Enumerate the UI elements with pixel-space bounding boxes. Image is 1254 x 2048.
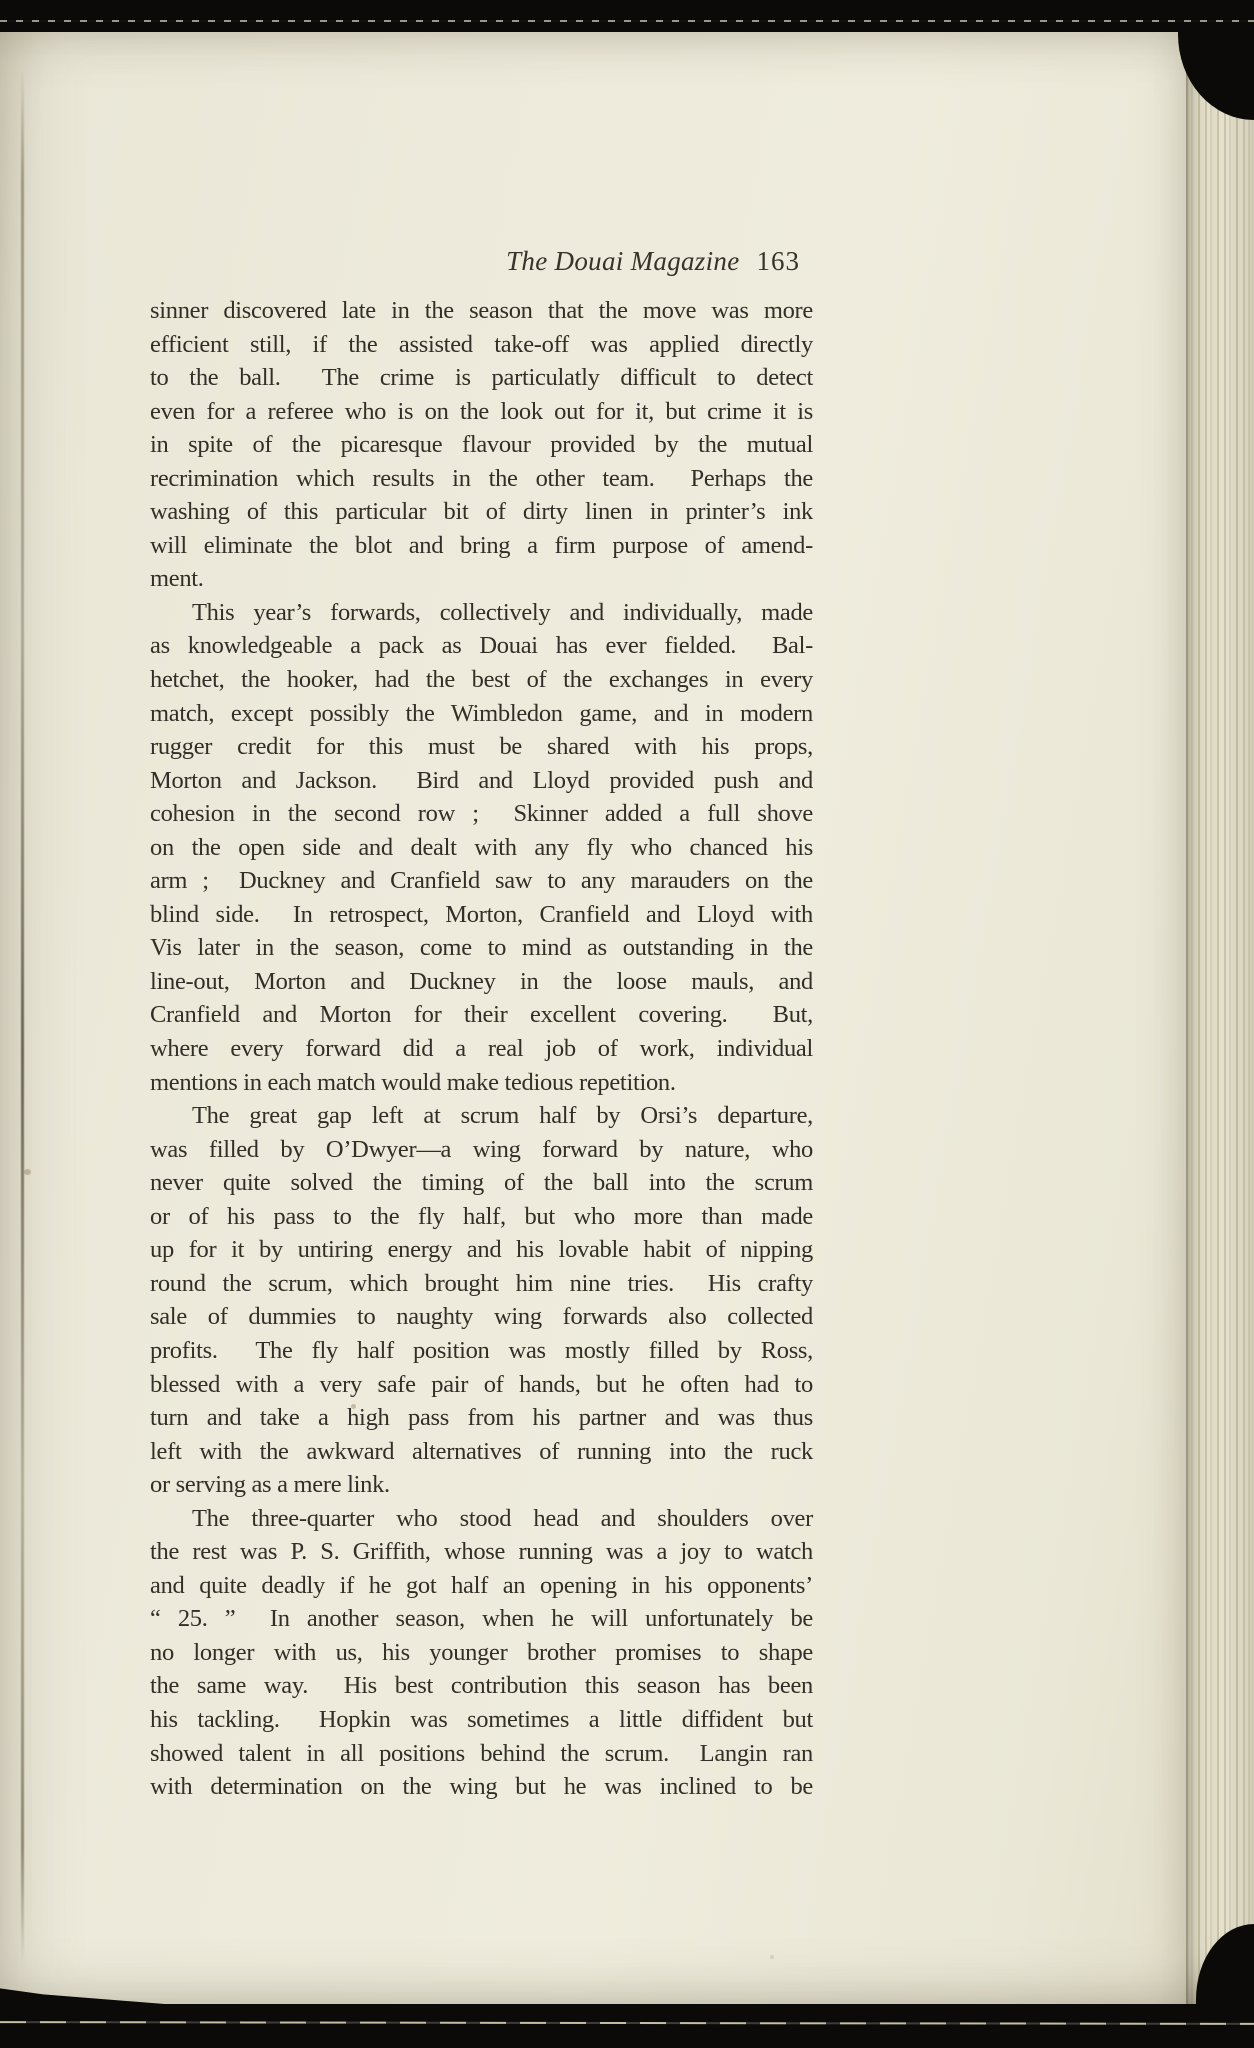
page-stack-fore-edge bbox=[1186, 30, 1254, 2006]
text-line: left with the awkward alternatives of ru… bbox=[150, 1435, 813, 1469]
text-line: on the open side and dealt with any fly … bbox=[150, 831, 813, 865]
text-line: blessed with a very safe pair of hands, … bbox=[150, 1368, 813, 1402]
text-line: and quite deadly if he got half an openi… bbox=[150, 1569, 813, 1603]
text-line: to the ball. The crime is particulatly d… bbox=[150, 361, 813, 395]
text-line: The great gap left at scrum half by Orsi… bbox=[150, 1099, 813, 1133]
text-line: with determination on the wing but he wa… bbox=[150, 1770, 813, 1804]
text-line: profits. The fly half position was mostl… bbox=[150, 1334, 813, 1368]
text-line: sale of dummies to naughty wing forwards… bbox=[150, 1300, 813, 1334]
text-line: turn and take a high pass from his partn… bbox=[150, 1401, 813, 1435]
text-line: line-out, Morton and Duckney in the loos… bbox=[150, 965, 813, 999]
page-number: 163 bbox=[757, 246, 801, 277]
text-line: This year’s forwards, collectively and i… bbox=[150, 596, 813, 630]
text-line: “ 25. ” In another season, when he will … bbox=[150, 1602, 813, 1636]
text-line: washing of this particular bit of dirty … bbox=[150, 495, 813, 529]
text-line: the same way. His best contribution this… bbox=[150, 1669, 813, 1703]
text-line: up for it by untiring energy and his lov… bbox=[150, 1233, 813, 1267]
body-text: sinner discovered late in the season tha… bbox=[150, 294, 813, 1804]
book-cover-top-edge bbox=[0, 0, 1254, 32]
cover-stitch-line bbox=[0, 2021, 1254, 2025]
text-line: sinner discovered late in the season tha… bbox=[150, 294, 813, 328]
text-line: never quite solved the timing of the bal… bbox=[150, 1166, 813, 1200]
journal-title: The Douai Magazine bbox=[506, 246, 739, 276]
text-line: arm ; Duckney and Cranfield saw to any m… bbox=[150, 864, 813, 898]
text-line: will eliminate the blot and bring a firm… bbox=[150, 529, 813, 563]
cover-edge-highlight bbox=[0, 20, 1254, 22]
text-line: blind side. In retrospect, Morton, Cranf… bbox=[150, 898, 813, 932]
text-line: Cranfield and Morton for their excellent… bbox=[150, 998, 813, 1032]
text-line: hetchet, the hooker, had the best of the… bbox=[150, 663, 813, 697]
text-line: or of his pass to the fly half, but who … bbox=[150, 1200, 813, 1234]
text-line: Vis later in the season, come to mind as… bbox=[150, 931, 813, 965]
text-line: efficient still, if the assisted take-of… bbox=[150, 328, 813, 362]
paper-speck bbox=[351, 1404, 356, 1409]
text-line: his tackling. Hopkin was sometimes a lit… bbox=[150, 1703, 813, 1737]
text-line: rugger credit for this must be shared wi… bbox=[150, 730, 813, 764]
text-line: in spite of the picaresque flavour provi… bbox=[150, 428, 813, 462]
book-cover-bottom-edge bbox=[0, 2004, 1254, 2048]
text-line: ment. bbox=[150, 562, 813, 596]
text-line: round the scrum, which brought him nine … bbox=[150, 1267, 813, 1301]
gutter-crease bbox=[21, 70, 24, 1960]
text-line: cohesion in the second row ; Skinner add… bbox=[150, 797, 813, 831]
paper-speck bbox=[770, 1955, 774, 1959]
text-line: The three-quarter who stood head and sho… bbox=[150, 1502, 813, 1536]
text-line: no longer with us, his younger brother p… bbox=[150, 1636, 813, 1670]
text-line: as knowledgeable a pack as Douai has eve… bbox=[150, 629, 813, 663]
text-line: Morton and Jackson. Bird and Lloyd provi… bbox=[150, 764, 813, 798]
text-line: even for a referee who is on the look ou… bbox=[150, 395, 813, 429]
text-line: mentions in each match would make tediou… bbox=[150, 1066, 813, 1100]
text-line: where every forward did a real job of wo… bbox=[150, 1032, 813, 1066]
text-line: showed talent in all positions behind th… bbox=[150, 1737, 813, 1771]
scanned-book-photo: The Douai Magazine163 sinner discovered … bbox=[0, 0, 1254, 2048]
text-line: recrimination which results in the other… bbox=[150, 462, 813, 496]
paper-speck bbox=[24, 1169, 31, 1175]
text-line: match, except possibly the Wimbledon gam… bbox=[150, 697, 813, 731]
running-header: The Douai Magazine163 bbox=[150, 246, 800, 277]
text-line: the rest was P. S. Griffith, whose runni… bbox=[150, 1535, 813, 1569]
text-line: or serving as a mere link. bbox=[150, 1468, 813, 1502]
text-line: was filled by O’Dwyer—a wing forward by … bbox=[150, 1133, 813, 1167]
